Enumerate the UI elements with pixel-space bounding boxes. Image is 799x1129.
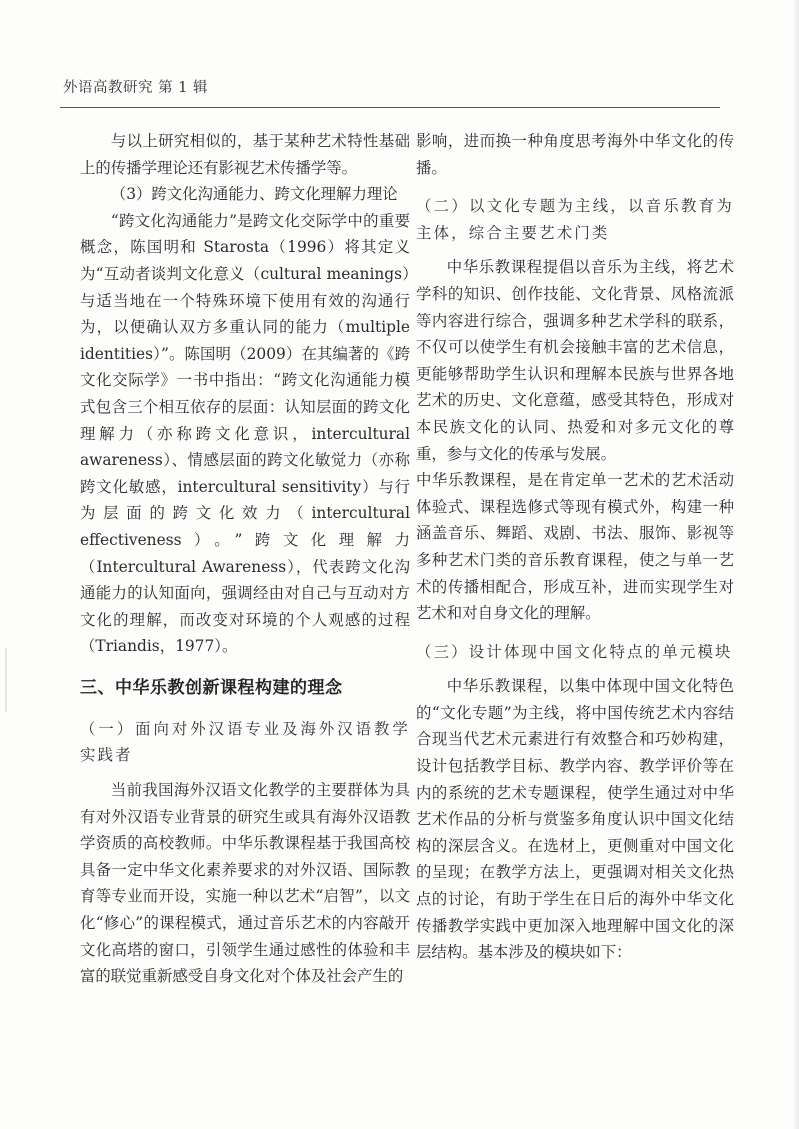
- header-rule: [60, 107, 720, 108]
- paragraph-course-design: 中华乐教课程，是在肯定单一艺术的艺术活动体验式、课程选修式等现有模式外，构建一种…: [416, 467, 734, 627]
- paragraph-music-mainline: 中华乐教课程提倡以音乐为主线，将艺术学科的知识、创作技能、文化背景、风格流派等内…: [416, 254, 734, 467]
- paragraph-target-audience: 当前我国海外汉语文化教学的主要群体为具有对外汉语专业背景的研究生或具有海外汉语教…: [80, 777, 410, 990]
- paragraph-continuation: 影响，进而换一种角度思考海外中华文化的传播。: [416, 128, 734, 181]
- section-heading-3: 三、中华乐教创新课程构建的理念: [80, 674, 410, 702]
- subsection-heading-1: （一）面向对外汉语专业及海外汉语教学实践者: [80, 716, 410, 769]
- scan-artifact: [5, 648, 7, 712]
- subsection-heading-3: （三）设计体现中国文化特点的单元模块: [416, 639, 734, 666]
- right-column: 影响，进而换一种角度思考海外中华文化的传播。 （二）以文化专题为主线，以音乐教育…: [416, 128, 734, 966]
- subsection-heading-2: （二）以文化专题为主线，以音乐教育为主体，综合主要艺术门类: [416, 193, 734, 246]
- left-column: 与以上研究相似的，基于某种艺术特性基础上的传播学理论还有影视艺术传播学等。 （3…: [80, 128, 410, 990]
- running-header: 外语高教研究 第 1 辑: [63, 76, 208, 97]
- paragraph-art-communication: 与以上研究相似的，基于某种艺术特性基础上的传播学理论还有影视艺术传播学等。: [80, 128, 410, 181]
- paragraph-unit-modules: 中华乐教课程，以集中体现中国文化特色的“文化专题”为主线，将中国传统艺术内容结合…: [416, 673, 734, 966]
- subheading-intercultural-theory: （3）跨文化沟通能力、跨文化理解力理论: [80, 181, 410, 208]
- paragraph-intercultural-competence: “跨文化沟通能力”是跨文化交际学中的重要概念，陈国明和 Starosta（199…: [80, 208, 410, 660]
- page-edge-shadow: [793, 0, 799, 1129]
